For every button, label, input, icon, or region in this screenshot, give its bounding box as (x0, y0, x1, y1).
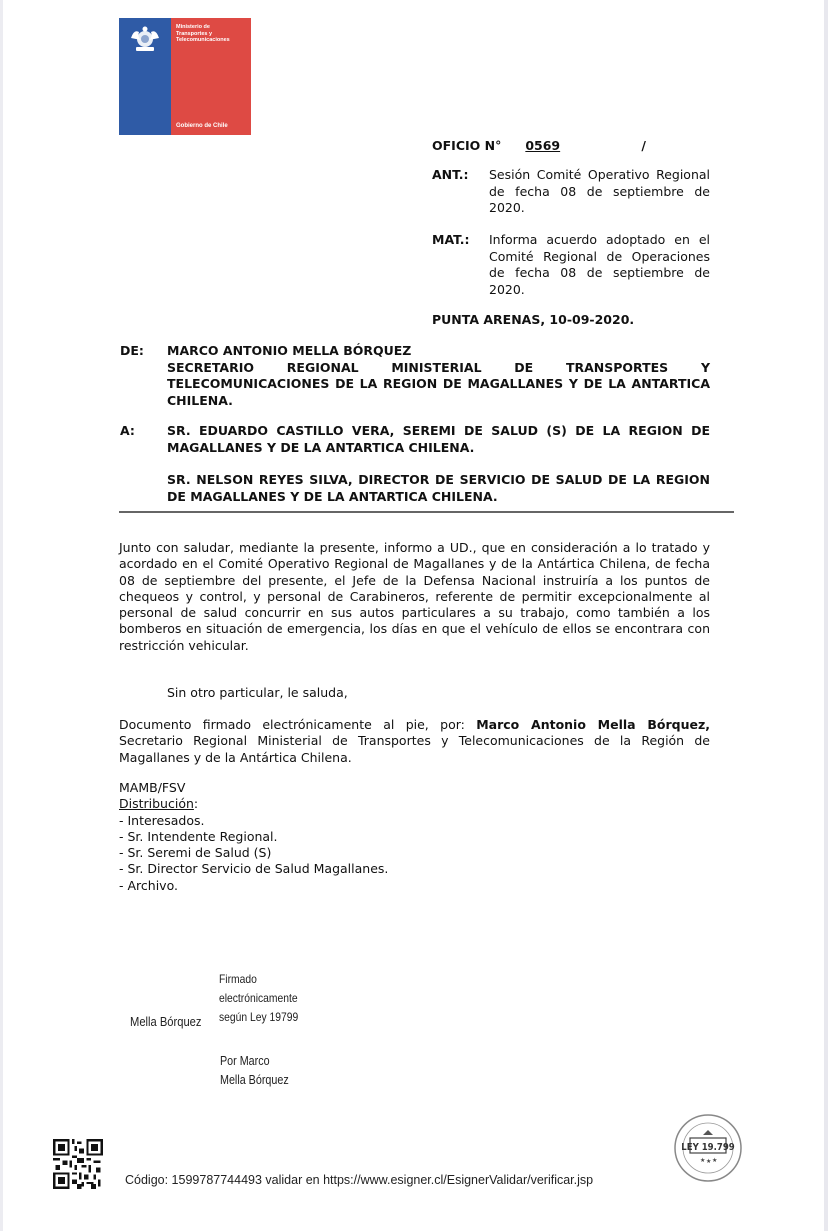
distribution-heading: Distribución: (119, 796, 388, 812)
page-edge-right (824, 0, 828, 1231)
logo-ministry-name: Ministerio de Transportes y Telecomunica… (176, 24, 230, 44)
validation-code: Código: 1599787744493 validar en https:/… (125, 1173, 593, 1187)
list-item: - Sr. Intendente Regional. (119, 829, 388, 845)
stamp-line: según Ley 19799 (219, 1008, 298, 1027)
body-paragraph: Junto con saludar, mediante la presente,… (119, 540, 710, 654)
svg-text:LEY 19.799: LEY 19.799 (681, 1142, 734, 1153)
svg-text:★: ★ (706, 1158, 711, 1165)
logo-ministry-line: Telecomunicaciones (176, 37, 230, 44)
stamp-line: electrónicamente (219, 989, 298, 1008)
to-block-2: SR. NELSON REYES SILVA, DIRECTOR DE SERV… (120, 472, 710, 505)
ant-label: ANT.: (432, 167, 489, 217)
place-date: PUNTA ARENAS, 10-09-2020. (432, 312, 634, 328)
from-value: MARCO ANTONIO MELLA BÓRQUEZ SECRETARIO R… (167, 343, 710, 409)
oficio-suffix: / (641, 138, 646, 153)
qr-code-icon[interactable] (52, 1139, 104, 1189)
by-line: Mella Bórquez (220, 1071, 289, 1090)
to-block: A: SR. EDUARDO CASTILLO VERA, SEREMI DE … (120, 423, 710, 456)
list-item: - Interesados. (119, 813, 388, 829)
ant-text: Sesión Comité Operativo Regional de fech… (489, 167, 710, 217)
oficio-label: OFICIO N° (432, 138, 501, 153)
subject-row: MAT.: Informa acuerdo adoptado en el Com… (432, 232, 710, 298)
header-divider (119, 511, 734, 513)
mat-label: MAT.: (432, 232, 489, 298)
antecedent-row: ANT.: Sesión Comité Operativo Regional d… (432, 167, 710, 217)
ministry-logo: Ministerio de Transportes y Telecomunica… (119, 18, 251, 135)
to-recipient: SR. NELSON REYES SILVA, DIRECTOR DE SERV… (167, 472, 710, 505)
from-title: SECRETARIO REGIONAL MINISTERIAL DE TRANS… (167, 360, 710, 410)
to-label-spacer (120, 472, 167, 505)
from-label: DE: (120, 343, 167, 409)
from-block: DE: MARCO ANTONIO MELLA BÓRQUEZ SECRETAR… (120, 343, 710, 409)
from-name: MARCO ANTONIO MELLA BÓRQUEZ (167, 343, 710, 360)
list-item: - Sr. Director Servicio de Salud Magalla… (119, 861, 388, 877)
logo-red-panel: Ministerio de Transportes y Telecomunica… (171, 18, 251, 135)
logo-blue-panel (119, 18, 171, 135)
mat-text: Informa acuerdo adoptado en el Comité Re… (489, 232, 710, 298)
signature-stamp-text: Firmado electrónicamente según Ley 19799 (219, 970, 298, 1027)
oficio-number: OFICIO N°0569/ (432, 138, 646, 154)
svg-text:★: ★ (700, 1157, 705, 1164)
to-recipient: SR. EDUARDO CASTILLO VERA, SEREMI DE SAL… (167, 423, 710, 456)
list-item: - Archivo. (119, 878, 388, 894)
stamp-line: Firmado (219, 970, 298, 989)
list-item: - Sr. Seremi de Salud (S) (119, 845, 388, 861)
by-line: Por Marco (220, 1052, 289, 1071)
document-page: Ministerio de Transportes y Telecomunica… (0, 0, 828, 1231)
initials: MAMB/FSV (119, 780, 388, 796)
signature-name: Mella Bórquez (130, 1012, 201, 1031)
distribution-list: - Interesados. - Sr. Intendente Regional… (119, 813, 388, 894)
oficio-number-value: 0569 (501, 138, 641, 154)
signed-suffix: Secretario Regional Ministerial de Trans… (119, 733, 710, 764)
signed-name: Marco Antonio Mella Bórquez, (476, 717, 710, 732)
svg-text:★: ★ (712, 1157, 717, 1164)
coat-of-arms-icon (127, 24, 163, 54)
to-label: A: (120, 423, 167, 456)
signed-statement: Documento firmado electrónicamente al pi… (119, 717, 710, 766)
signature-by: Por Marco Mella Bórquez (220, 1052, 289, 1090)
law-seal-icon: LEY 19.799 ★ ★ ★ (673, 1113, 743, 1183)
distribution-label: Distribución (119, 796, 194, 811)
signed-prefix: Documento firmado electrónicamente al pi… (119, 717, 476, 732)
distribution-block: MAMB/FSV Distribución: - Interesados. - … (119, 780, 388, 894)
closing-text: Sin otro particular, le saluda, (119, 685, 710, 701)
page-edge-left (0, 0, 3, 1231)
logo-government: Gobierno de Chile (176, 123, 228, 129)
